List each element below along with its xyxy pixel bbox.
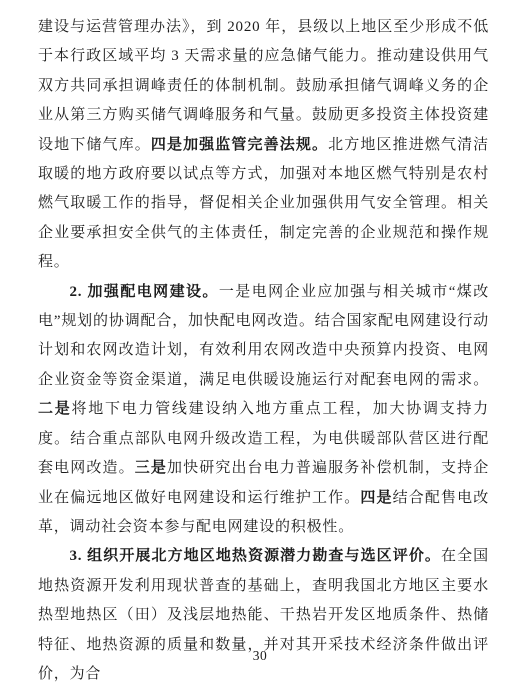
document-body: 建设与运营管理办法》，到 2020 年，县级以上地区至少形成不低于本行政区域平均… xyxy=(38,13,489,686)
bold-text-run: 3. 组织开展北方地区地热资源潜力勘查与选区评价。 xyxy=(70,548,442,564)
text-run: 建设与运营管理办法》，到 2020 年，县级以上地区至少形成不低于本行政区域平均… xyxy=(38,19,489,153)
page-number: 30 xyxy=(0,648,520,664)
bold-text-run: 2. 加强配电网建设。 xyxy=(70,284,219,300)
bold-text-run: 四是加强监管完善法规。 xyxy=(151,137,328,153)
paragraph: 3. 组织开展北方地区地热资源潜力勘查与选区评价。在全国地热资源开发利用现状普查… xyxy=(38,542,489,686)
paragraph: 建设与运营管理办法》，到 2020 年，县级以上地区至少形成不低于本行政区域平均… xyxy=(38,13,489,278)
paragraph: 2. 加强配电网建设。一是电网企业应加强与相关城市“煤改电”规划的协调配合，加快… xyxy=(38,278,489,543)
bold-text-run: 二是 xyxy=(38,401,71,417)
document-page: 建设与运营管理办法》，到 2020 年，县级以上地区至少形成不低于本行政区域平均… xyxy=(0,0,520,686)
text-run: 北方地区推进燃气清洁取暖的地方政府要以试点等方式，加强对本地区燃气特别是农村燃气… xyxy=(38,137,489,271)
bold-text-run: 四是 xyxy=(360,490,392,506)
bold-text-run: 三是 xyxy=(135,460,167,476)
